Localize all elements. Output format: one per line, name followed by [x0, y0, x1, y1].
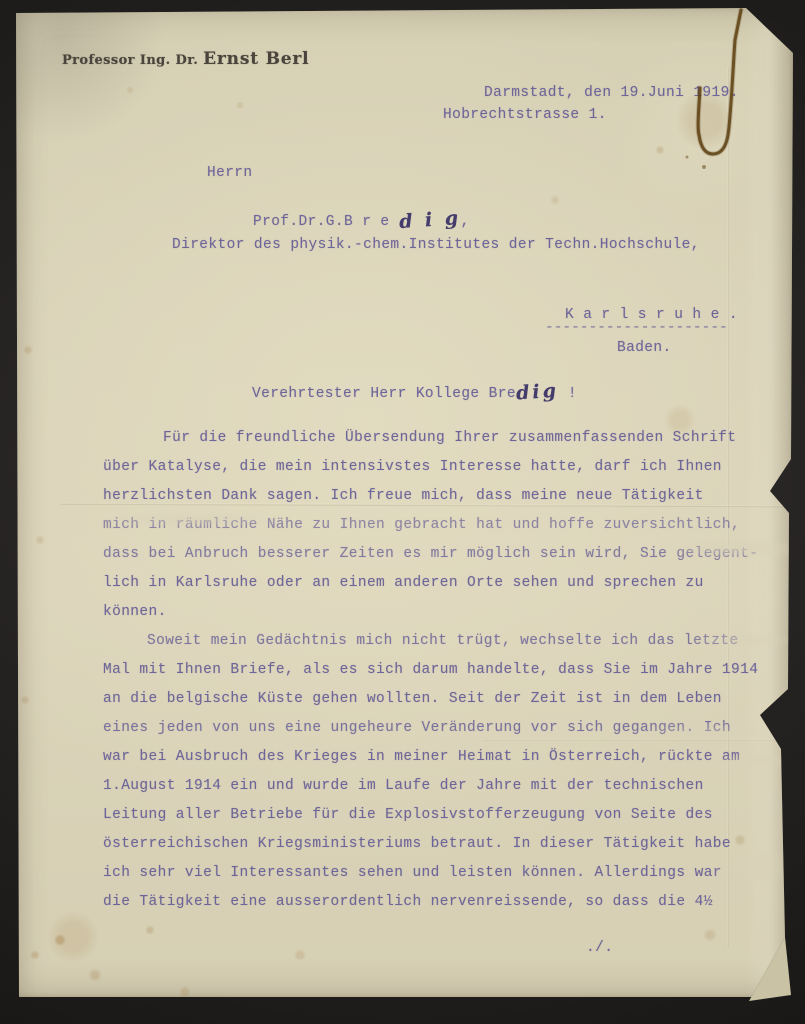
salutation-line: Verehrtester Herr Kollege Bredig !	[252, 380, 577, 402]
recipient-name-handwritten: d i g	[398, 207, 461, 233]
letter-body-line: die Tätigkeit eine ausserordentlich nerv…	[103, 888, 783, 917]
letterhead: Professor Ing. Dr.Ernst Berl	[62, 49, 309, 69]
letter-body-line: war bei Ausbruch des Krieges in meiner H…	[103, 743, 783, 772]
recipient-title-line: Direktor des physik.-chem.Institutes der…	[172, 237, 700, 253]
letter-body-line: mich in räumliche Nähe zu Ihnen gebracht…	[103, 511, 783, 540]
recipient-name-typed: Prof.Dr.G.B r e	[253, 214, 399, 230]
letter-paper: Professor Ing. Dr.Ernst Berl Darmstadt, …	[13, 7, 793, 997]
letter-body-line: können.	[103, 598, 783, 627]
letter-body-line: Mal mit Ihnen Briefe, als es sich darum …	[103, 656, 783, 685]
salutation-suffix: !	[559, 386, 577, 402]
letter-body-line: ich sehr viel Interessantes sehen und le…	[103, 859, 783, 888]
letterhead-name: Ernst Berl	[203, 49, 309, 69]
letter-body-line: Soweit mein Gedächtnis mich nicht trügt,…	[103, 627, 783, 656]
recipient-herrn: Herrn	[207, 165, 253, 181]
city-underline-dashes: ---------------------	[545, 320, 728, 336]
letter-body-line: an die belgische Küste gehen wollten. Se…	[103, 685, 783, 714]
dateline: Darmstadt, den 19.Juni 1919.	[484, 85, 739, 101]
letter-body-line: österreichischen Kriegsministeriums betr…	[103, 830, 783, 859]
letter-body-line: Für die freundliche Übersendung Ihrer zu…	[103, 424, 783, 453]
letter-body-line: herzlichsten Dank sagen. Ich freue mich,…	[103, 482, 783, 511]
recipient-region: Baden.	[617, 340, 672, 356]
sender-address: Hobrechtstrasse 1.	[443, 107, 607, 123]
recipient-name-comma: ,	[461, 214, 470, 230]
continuation-mark: ./.	[586, 940, 613, 956]
salutation-typed: Verehrtester Herr Kollege Bre	[252, 386, 516, 402]
recipient-name: Prof.Dr.G.B r e d i g,	[253, 208, 470, 230]
letter-body-line: über Katalyse, die mein intensivstes Int…	[103, 453, 783, 482]
letter-body-line: dass bei Anbruch besserer Zeiten es mir …	[103, 540, 783, 569]
letter-body-line: lich in Karlsruhe oder an einem anderen …	[103, 569, 783, 598]
letter-body-line: Leitung aller Betriebe für die Explosivs…	[103, 801, 783, 830]
letter-body-line: eines jeden von uns eine ungeheure Verän…	[103, 714, 783, 743]
salutation-handwritten: dig	[515, 380, 559, 405]
scan-background: { "letterhead": { "prefix": "Professor I…	[0, 0, 805, 1024]
letter-body: Für die freundliche Übersendung Ihrer zu…	[103, 424, 783, 917]
letter-body-line: 1.August 1914 ein und wurde im Laufe der…	[103, 772, 783, 801]
letterhead-title: Professor Ing. Dr.	[62, 53, 198, 68]
